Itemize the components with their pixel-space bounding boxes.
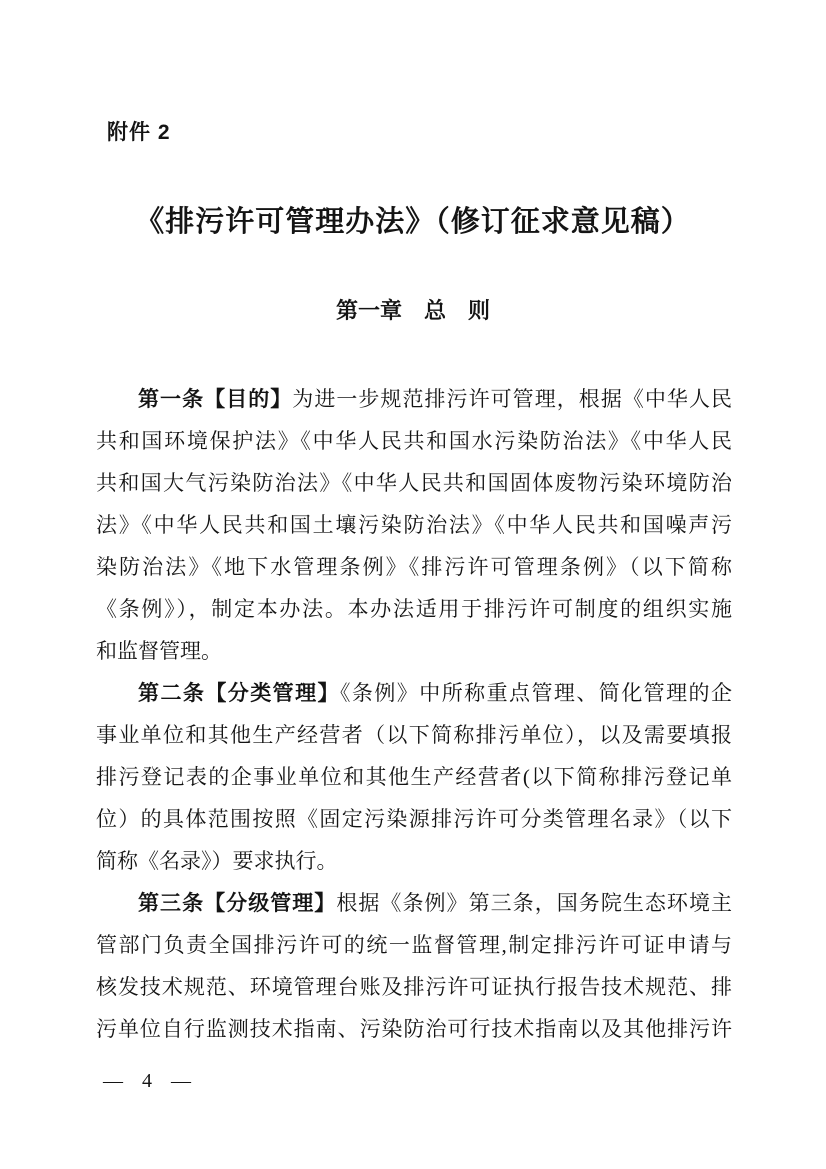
body-line: 排污登记表的企事业单位和其他生产经营者(以下简称排污登记单 [96,756,732,798]
body-line: 核发技术规范、环境管理台账及排污许可证执行报告技术规范、排 [96,966,732,1008]
chapter-heading: 第一章 总 则 [0,294,826,325]
body-line: 第二条【分类管理】《条例》中所称重点管理、简化管理的企 [96,672,732,714]
body-line: 管部门负责全国排污许可的统一监督管理,制定排污许可证申请与 [96,924,732,966]
body-line: 位）的具体范围按照《固定污染源排污许可分类管理名录》（以下 [96,798,732,840]
body-line: 法》《中华人民共和国土壤污染防治法》《中华人民共和国噪声污 [96,504,732,546]
article-paragraph: 第二条【分类管理】《条例》中所称重点管理、简化管理的企事业单位和其他生产经营者（… [96,672,732,882]
body-line: 《条例》），制定本办法。本办法适用于排污许可制度的组织实施 [96,588,732,630]
document-body: 第一条【目的】为进一步规范排污许可管理，根据《中华人民共和国环境保护法》《中华人… [96,378,732,1050]
body-line: 和监督管理。 [96,630,732,672]
article-lead-label: 第三条【分级管理】 [138,892,336,915]
article-lead-label: 第二条【分类管理】 [138,682,340,705]
article-lead-label: 第一条【目的】 [138,388,292,411]
body-line: 简称《名录》）要求执行。 [96,840,732,882]
body-line: 染防治法》《地下水管理条例》《排污许可管理条例》（以下简称 [96,546,732,588]
article-paragraph: 第一条【目的】为进一步规范排污许可管理，根据《中华人民共和国环境保护法》《中华人… [96,378,732,672]
body-line: 污单位自行监测技术指南、污染防治可行技术指南以及其他排污许 [96,1008,732,1050]
body-line: 事业单位和其他生产经营者（以下简称排污单位），以及需要填报 [96,714,732,756]
document-page: 附件 2 《排污许可管理办法》（修订征求意见稿） 第一章 总 则 第一条【目的】… [0,0,826,1169]
body-line: 第一条【目的】为进一步规范排污许可管理，根据《中华人民 [96,378,732,420]
page-number: — 4 — [103,1070,191,1092]
body-line: 共和国大气污染防治法》《中华人民共和国固体废物污染环境防治 [96,462,732,504]
attachment-label: 附件 2 [107,116,171,146]
body-line: 第三条【分级管理】根据《条例》第三条，国务院生态环境主 [96,882,732,924]
article-paragraph: 第三条【分级管理】根据《条例》第三条，国务院生态环境主管部门负责全国排污许可的统… [96,882,732,1050]
document-title: 《排污许可管理办法》（修订征求意见稿） [0,199,826,240]
footer: — 4 — [103,1070,191,1093]
body-line: 共和国环境保护法》《中华人民共和国水污染防治法》《中华人民 [96,420,732,462]
